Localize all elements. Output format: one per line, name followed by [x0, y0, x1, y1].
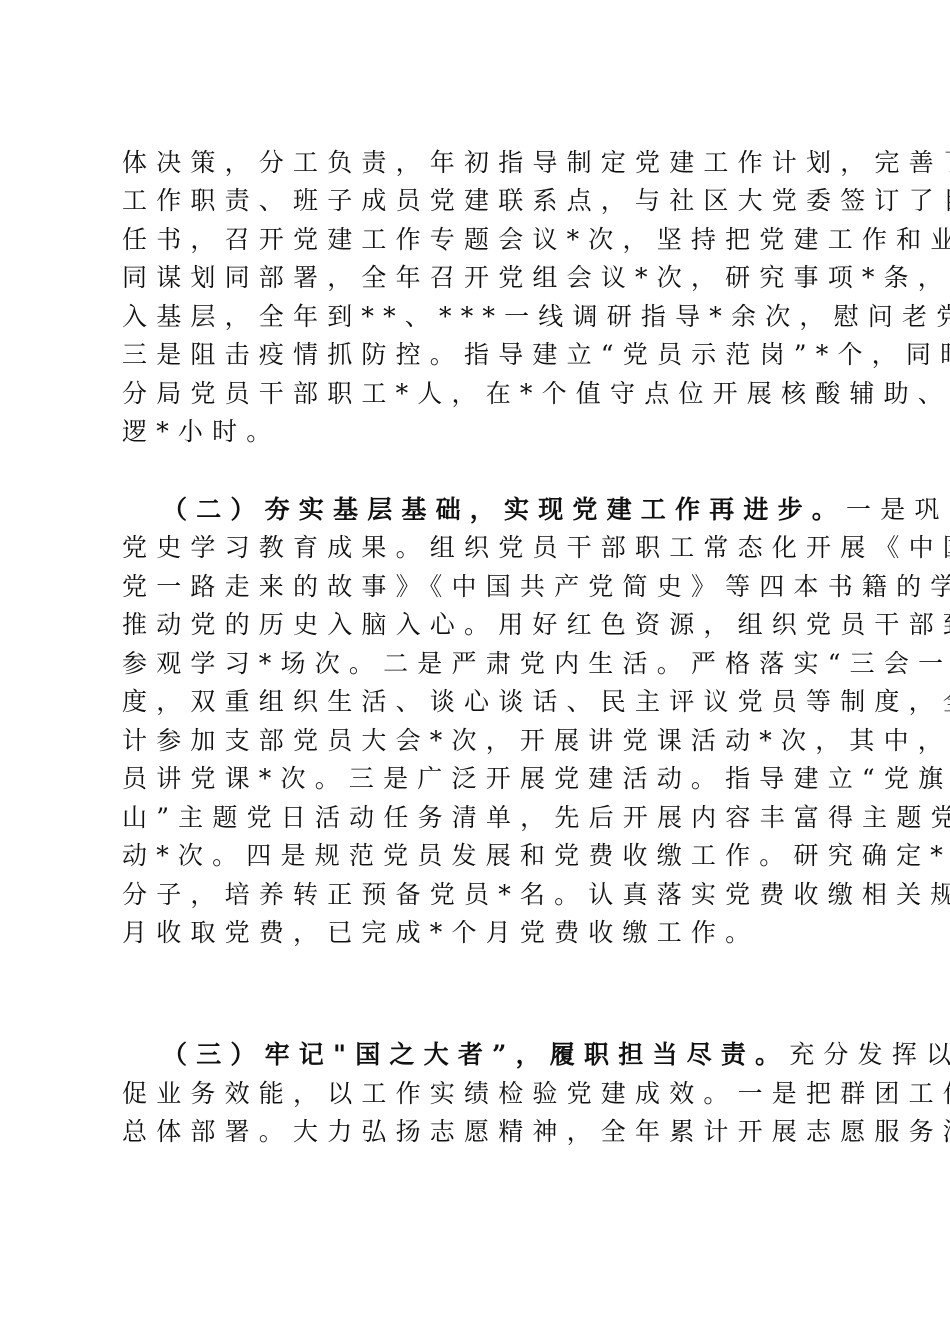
text-line: 总体部署。大力弘扬志愿精神，全年累计开展志愿服务活动*次； [122, 1113, 842, 1151]
section-heading: （三）牢记"国之大者”，履职担当尽责。 [162, 1040, 789, 1069]
text-line: 体决策，分工负责，年初指导制定党建工作计划，完善了党建 [122, 144, 842, 182]
text-line: 分子，培养转正预备党员*名。认真落实党费收缴相关规定，按 [122, 876, 842, 914]
text-line: 同谋划同部署，全年召开党组会议*次，研究事项*条，坚持深 [122, 259, 842, 297]
paragraph-first-line: （三）牢记"国之大者”，履职担当尽责。充分发挥以党建 [162, 1036, 882, 1074]
text-line: 动*次。四是规范党员发展和党费收缴工作。研究确定*名积极 [122, 837, 842, 875]
text-line: 分局党员干部职工*人，在*个值守点位开展核酸辅助、值守巡 [122, 375, 842, 413]
text-line: 党一路走来的故事》《中国共产党简史》等四本书籍的学习， [122, 568, 842, 606]
text-line: 工作职责、班子成员党建联系点，与社区大党委签订了目标责 [122, 182, 842, 220]
text-line: 员讲党课*次。三是广泛开展党建活动。指导建立“党旗映天 [122, 760, 842, 798]
text-line: 度，双重组织生活、谈心谈话、民主评议党员等制度，全年累 [122, 683, 842, 721]
text-line: 促业务效能，以工作实绩检验党建成效。一是把群团工作纳入 [122, 1075, 842, 1113]
text-line: 党史学习教育成果。组织党员干部职工常态化开展《中国共产 [122, 529, 842, 567]
text-line: 逻*小时。 [122, 413, 842, 451]
text-span: 充分发挥以党建 [789, 1040, 950, 1069]
document-page: 体决策，分工负责，年初指导制定党建工作计划，完善了党建 工作职责、班子成员党建联… [0, 0, 950, 1344]
text-line: 计参加支部党员大会*次，开展讲党课活动*次，其中，我为党 [122, 722, 842, 760]
text-line: 参观学习*场次。二是严肃党内生活。严格落实“三会一课”制 [122, 645, 842, 683]
paragraph-first-line: （二）夯实基层基础，实现党建工作再进步。一是巩固拓展 [162, 491, 882, 529]
section-heading: （二）夯实基层基础，实现党建工作再进步。 [162, 495, 846, 524]
text-line: 三是阻击疫情抓防控。指导建立“党员示范岗”*个，同时组织 [122, 336, 842, 374]
text-line: 山”主题党日活动任务清单，先后开展内容丰富得主题党日活 [122, 799, 842, 837]
text-line: 推动党的历史入脑入心。用好红色资源，组织党员干部到线上 [122, 606, 842, 644]
text-line: 月收取党费，已完成*个月党费收缴工作。 [122, 914, 842, 952]
text-line: 任书，召开党建工作专题会议*次，坚持把党建工作和业务工作 [122, 221, 842, 259]
text-line: 入基层，全年到**、***一线调研指导*余次，慰问老党员*名。 [122, 298, 842, 336]
text-span: 一是巩固拓展 [846, 495, 950, 524]
